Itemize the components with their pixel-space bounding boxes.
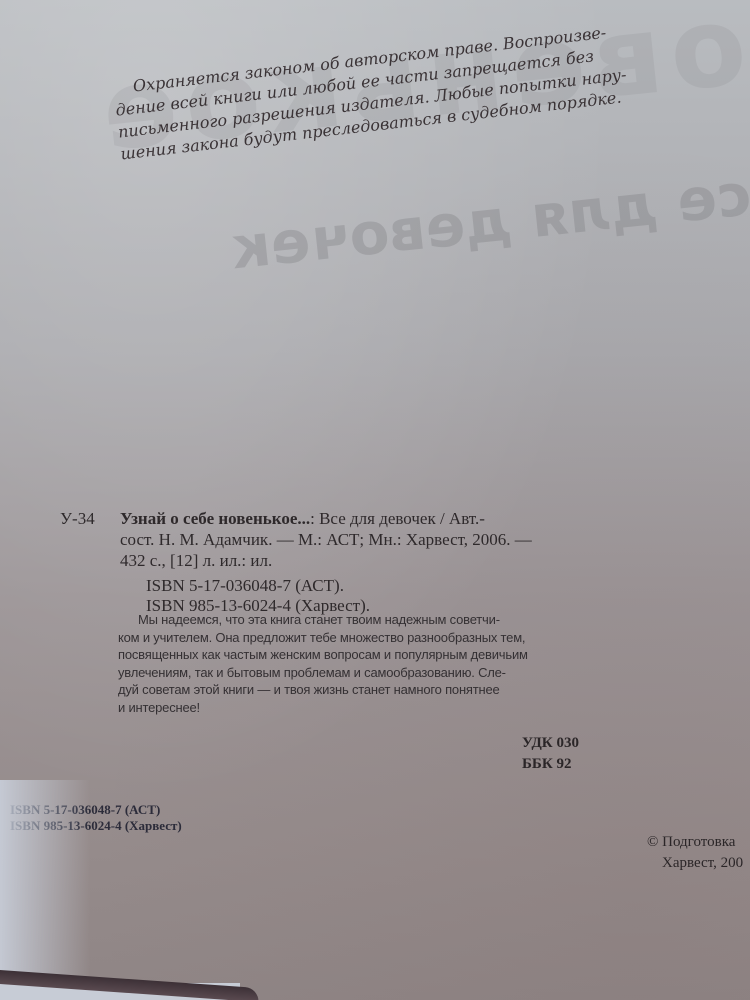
catalog-line: 432 с., [12] л. ил.: ил. [120,550,610,571]
book-title: Узнай о себе новенькое... [120,509,310,528]
show-through-subtitle: Все для девочек [228,156,750,283]
annotation-line: Мы надеемся, что эта книга станет твоим … [118,611,598,629]
copyright-footer-line2: Харвест, 200 [647,853,743,874]
copyright-footer-line1: © Подготовка [647,832,743,853]
catalog-entry: Узнай о себе новенькое...: Все для девоч… [120,508,610,571]
udk-code: УДК 030 [522,733,579,754]
copyright-footer: © Подготовка Харвест, 200 [647,832,743,874]
annotation-line: ком и учителем. Она предложит тебе множе… [118,629,598,647]
catalog-code: У-34 [60,508,95,529]
book-annotation: Мы надеемся, что эта книга станет твоим … [118,611,598,716]
catalog-line: Узнай о себе новенькое...: Все для девоч… [120,508,610,529]
catalog-isbn-block: ISBN 5-17-036048-7 (АСТ). ISBN 985-13-60… [146,576,370,616]
annotation-line: посвященных как частым женским вопросам … [118,646,598,664]
catalog-line-rest: : Все для девочек / Авт.- [310,509,485,528]
isbn-ast: ISBN 5-17-036048-7 (АСТ). [146,576,370,596]
bbk-code: ББК 92 [522,754,579,775]
annotation-line: увлечениям, так и бытовым проблемам и са… [118,664,598,682]
annotation-line: и интереснее! [118,699,598,717]
catalog-line: сост. Н. М. Адамчик. — М.: АСТ; Мн.: Хар… [120,529,610,550]
light-glare [0,780,90,1000]
book-page: Узнай о себе новенькое Все для девочек О… [0,0,750,1000]
classification-codes: УДК 030 ББК 92 [522,733,579,775]
annotation-line: дуй советам этой книги — и твоя жизнь ст… [118,681,598,699]
